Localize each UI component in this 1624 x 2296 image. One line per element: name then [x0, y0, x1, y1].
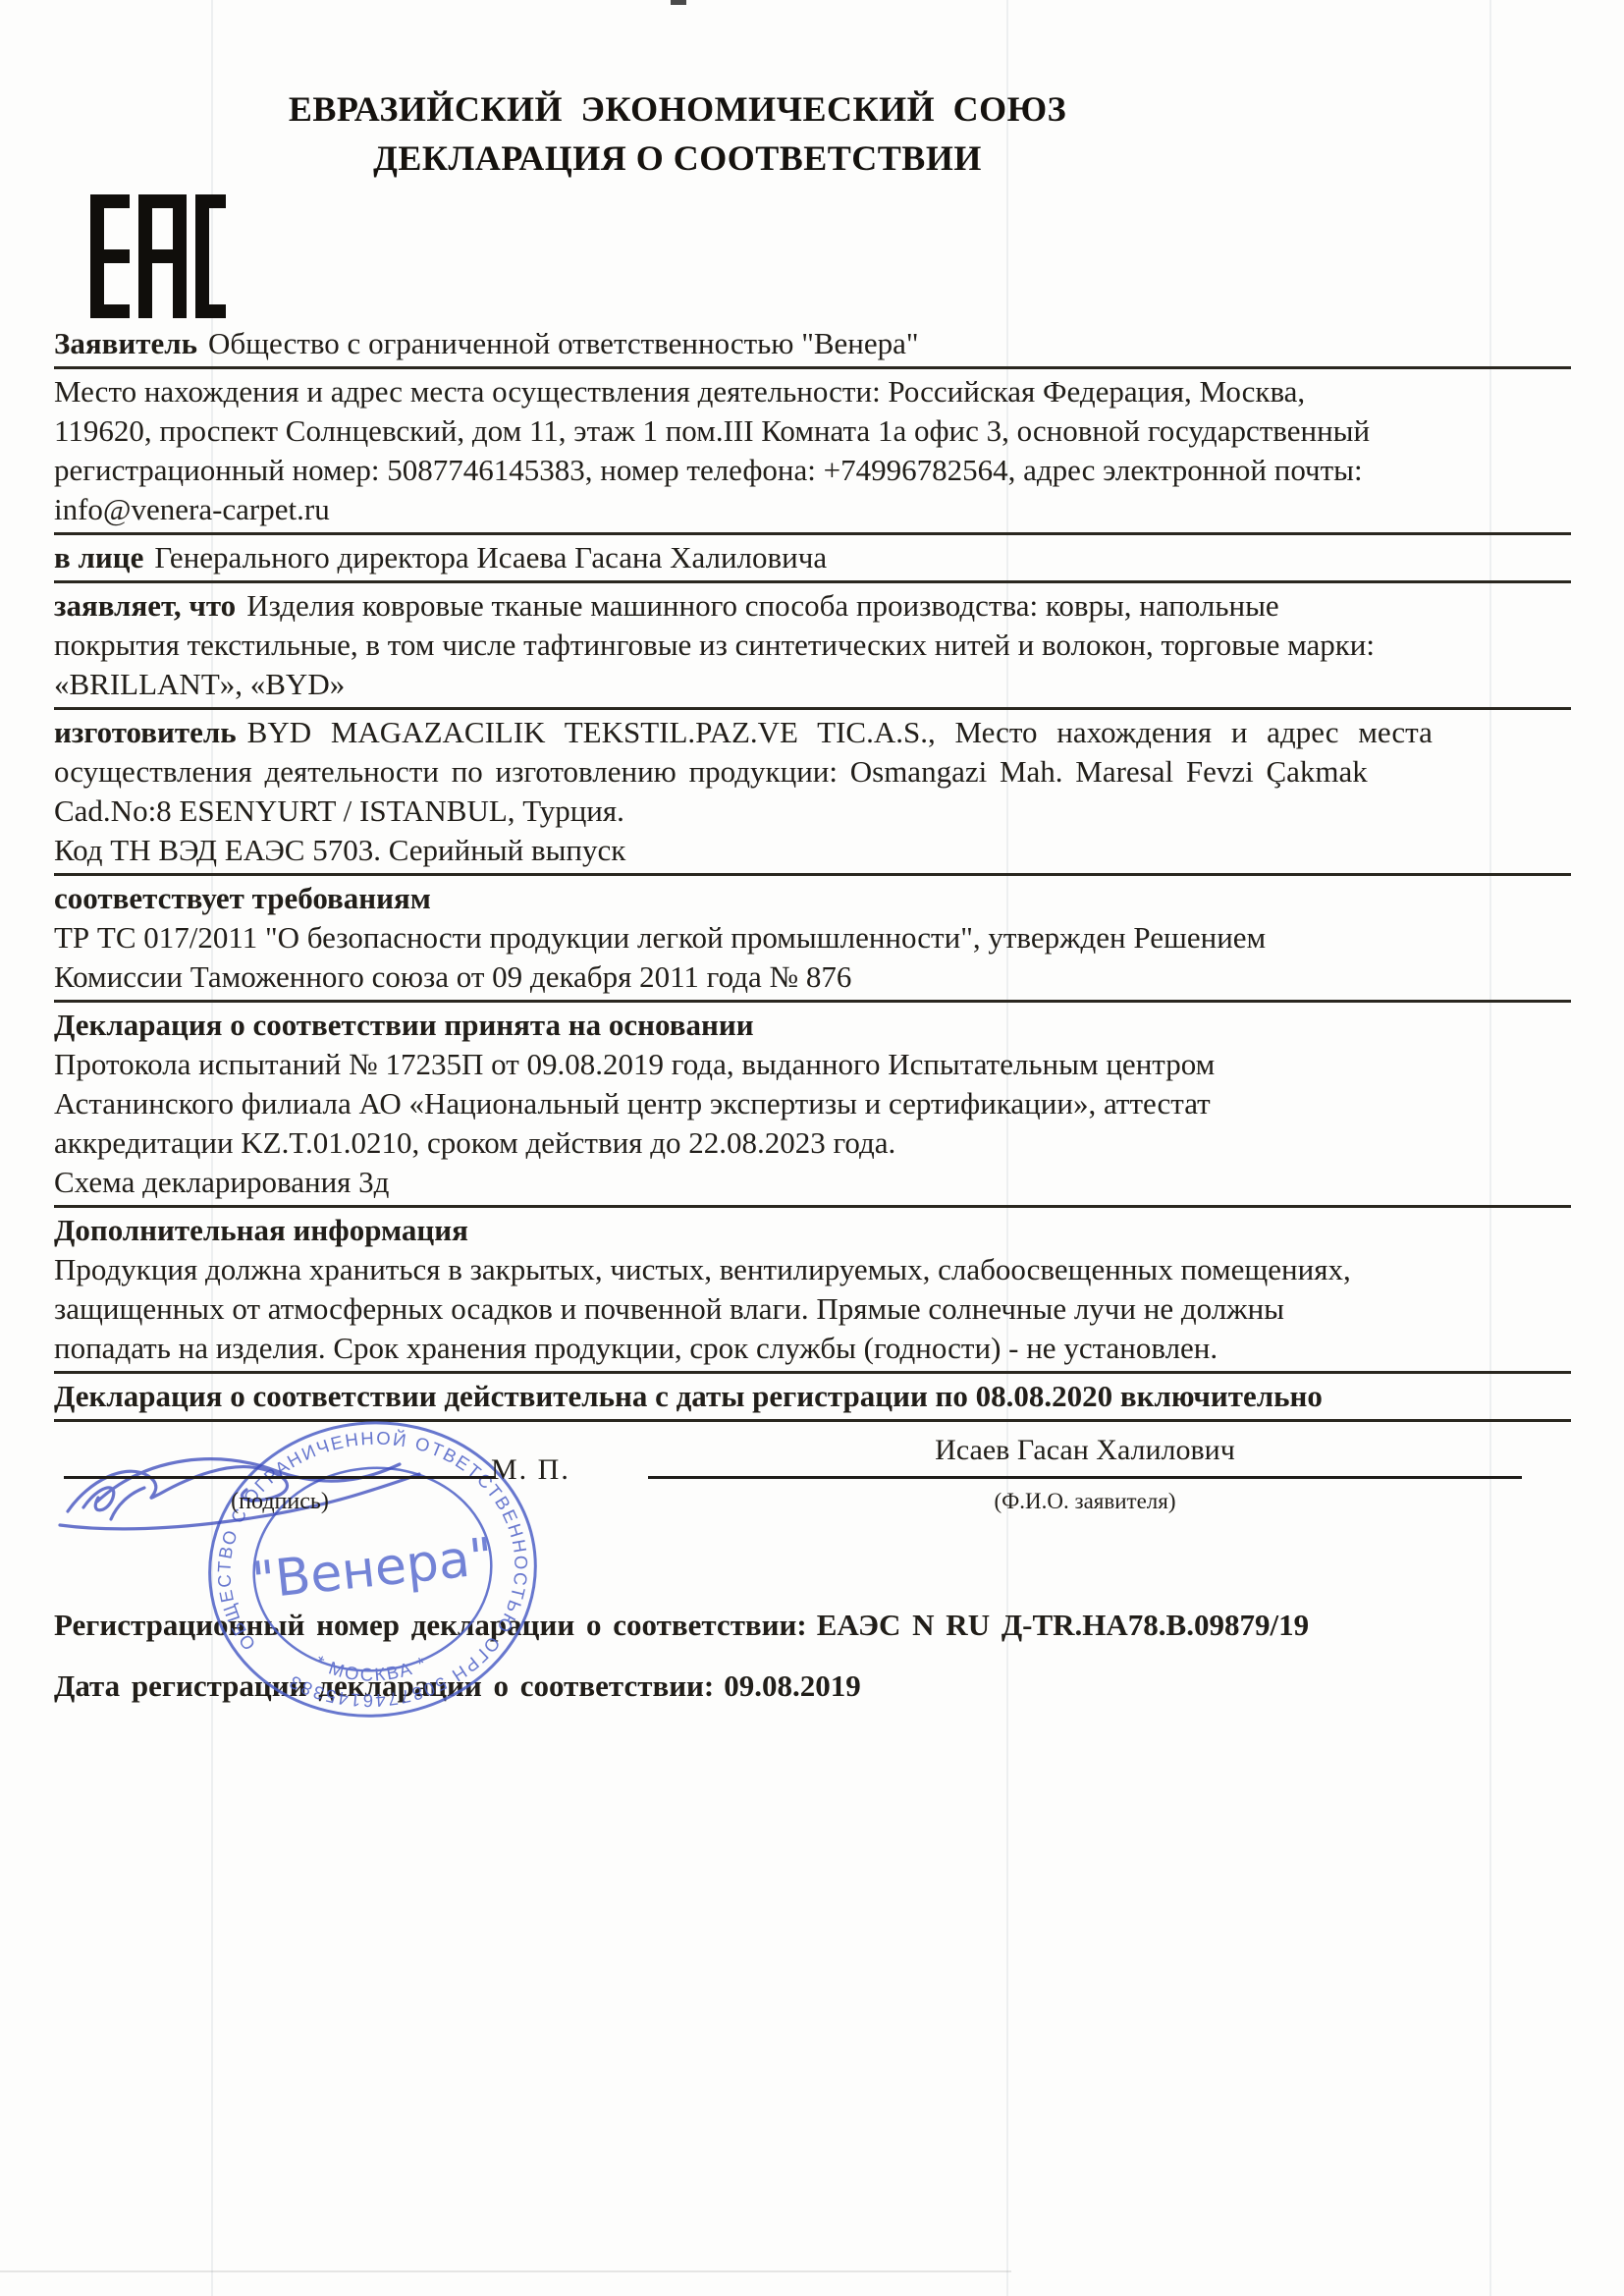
signature-caption: (подпись) [64, 1482, 496, 1521]
registration-number-value: ЕАЭС N RU Д-TR.НА78.В.09879/19 [817, 1608, 1309, 1642]
fio-caption: (Ф.И.О. заявителя) [648, 1482, 1522, 1521]
section-divider [54, 532, 1571, 535]
stamp-place-mark: М. П. [491, 1450, 570, 1490]
stamp-bottom-text: * МОСКВА * [309, 1640, 432, 1692]
complies-line: Комиссии Таможенного союза от 09 декабря… [54, 957, 1571, 997]
basis-line: Протокола испытаний № 17235П от 09.08.20… [54, 1045, 1571, 1084]
declares-label: заявляет, что [54, 588, 236, 623]
section-divider [54, 580, 1571, 583]
applicant-label: Заявитель [54, 326, 197, 360]
additional-info-line: Продукция должна храниться в закрытых, ч… [54, 1250, 1571, 1289]
manufacturer-text: BYD MAGAZACILIK TEKSTIL.PAZ.VE TIC.A.S.,… [247, 715, 1433, 749]
address-line: 119620, проспект Солнцевский, дом 11, эт… [54, 411, 1571, 451]
tn-ved-code-line: Код ТН ВЭД ЕАЭС 5703. Серийный выпуск [54, 831, 1571, 870]
declares-text: Изделия ковровые тканые машинного способ… [246, 588, 1279, 623]
document-title: ЕВРАЗИЙСКИЙ ЭКОНОМИЧЕСКИЙ СОЮЗ ДЕКЛАРАЦИ… [54, 84, 1301, 183]
declaration-document-page: ЕВРАЗИЙСКИЙ ЭКОНОМИЧЕСКИЙ СОЮЗ ДЕКЛАРАЦИ… [0, 0, 1624, 2296]
applicant-line: ЗаявительОбщество с ограниченной ответст… [54, 324, 1571, 363]
complies-line: ТР ТС 017/2011 "О безопасности продукции… [54, 918, 1571, 957]
additional-info-line: попадать на изделия. Срок хранения проду… [54, 1329, 1571, 1368]
section-divider [54, 1371, 1571, 1374]
signature-block: ОБЩЕСТВО С ОГРАНИЧЕННОЙ ОТВЕТСТВЕННОСТЬЮ… [54, 1425, 1571, 1592]
scan-artifact-mark [671, 0, 686, 5]
manufacturer-label: изготовитель [54, 715, 237, 749]
validity-line: Декларация о соответствии действительна … [54, 1377, 1571, 1416]
svg-text:* МОСКВА *: * МОСКВА * [309, 1640, 432, 1692]
section-divider [54, 1000, 1571, 1003]
signature-line [64, 1476, 496, 1479]
address-line: Место нахождения и адрес места осуществл… [54, 372, 1571, 411]
section-divider [54, 366, 1571, 369]
title-union-line: ЕВРАЗИЙСКИЙ ЭКОНОМИЧЕСКИЙ СОЮЗ [54, 84, 1301, 134]
eac-mark-icon [90, 194, 226, 318]
registration-date-value: 09.08.2019 [724, 1668, 861, 1703]
applicant-value: Общество с ограниченной ответственностью… [208, 326, 919, 360]
scan-artifact-line [0, 2270, 1011, 2272]
additional-info-line: защищенных от атмосферных осадков и почв… [54, 1289, 1571, 1329]
fio-line [648, 1476, 1522, 1479]
basis-line: аккредитации KZ.T.01.0210, сроком действ… [54, 1123, 1571, 1163]
basis-line: Астанинского филиала АО «Национальный це… [54, 1084, 1571, 1123]
applicant-fio: Исаев Гасан Халилович [648, 1431, 1522, 1470]
manufacturer-line: Cad.No:8 ESENYURT / ISTANBUL, Турция. [54, 792, 1571, 831]
manufacturer-line: изготовительBYD MAGAZACILIK TEKSTIL.PAZ.… [54, 713, 1571, 752]
basis-heading: Декларация о соответствии принята на осн… [54, 1006, 1571, 1045]
in-person-label: в лице [54, 540, 143, 574]
declaration-scheme-line: Схема декларирования 3д [54, 1163, 1571, 1202]
complies-heading: соответствует требованиям [54, 879, 1571, 918]
additional-info-heading: Дополнительная информация [54, 1211, 1571, 1250]
declares-trademarks-line: «BRILLANT», «BYD» [54, 665, 1571, 704]
manufacturer-line: осуществления деятельности по изготовлен… [54, 752, 1571, 792]
section-divider [54, 873, 1571, 876]
eac-mark-logo [90, 194, 226, 323]
declares-line: покрытия текстильные, в том числе тафтин… [54, 626, 1571, 665]
declares-line: заявляет, чтоИзделия ковровые тканые маш… [54, 586, 1571, 626]
in-person-value: Генерального директора Исаева Гасана Хал… [154, 540, 827, 574]
section-divider [54, 1419, 1571, 1422]
in-person-line: в лицеГенерального директора Исаева Гаса… [54, 538, 1571, 577]
address-email-line: info@venera-carpet.ru [54, 490, 1571, 529]
section-divider [54, 707, 1571, 710]
section-divider [54, 1205, 1571, 1208]
title-declaration-line: ДЕКЛАРАЦИЯ О СООТВЕТСТВИИ [54, 134, 1301, 183]
declaration-body: ЗаявительОбщество с ограниченной ответст… [54, 324, 1571, 1706]
address-line: регистрационный номер: 5087746145383, но… [54, 451, 1571, 490]
